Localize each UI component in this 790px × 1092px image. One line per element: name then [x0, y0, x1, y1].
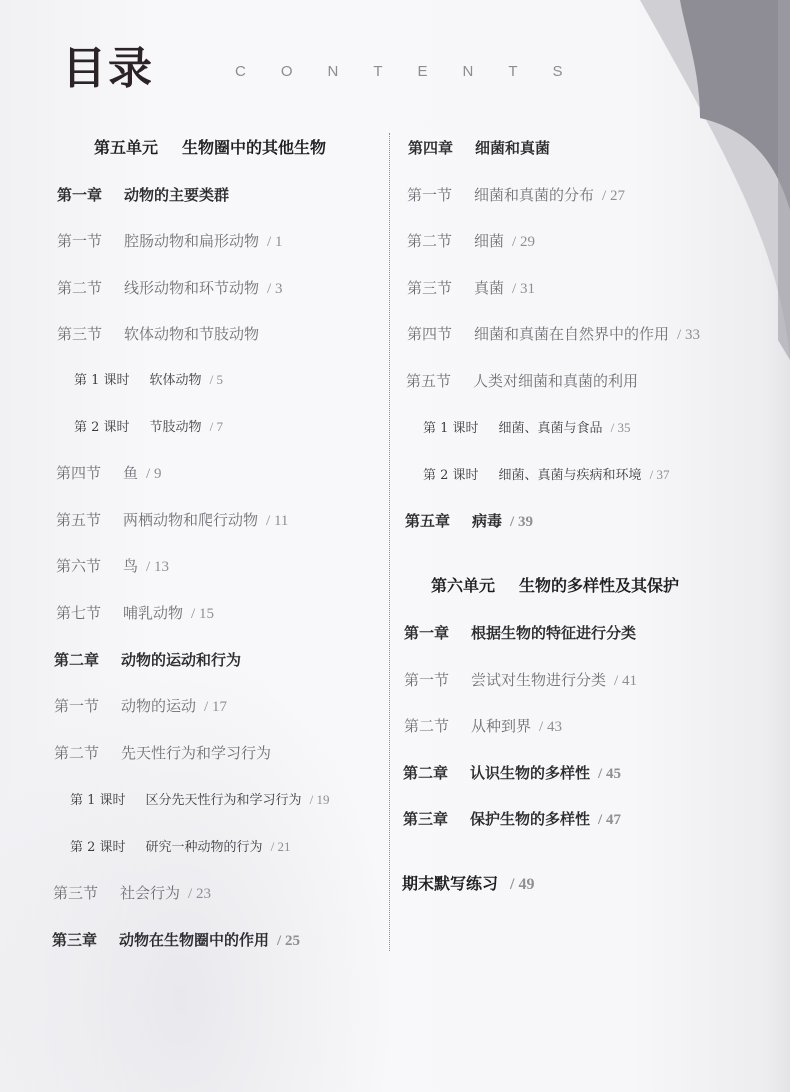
toc-unit-5[interactable]: 第五单元生物圈中的其他生物	[94, 138, 326, 158]
toc-prefix: 第五单元	[94, 138, 158, 158]
toc-chapter[interactable]: 第三章动物在生物圈中的作用25	[52, 930, 300, 951]
toc-section[interactable]: 第一节腔肠动物和扁形动物1	[57, 231, 282, 252]
toc-prefix: 第一章	[404, 623, 449, 643]
toc-prefix: 第一节	[407, 185, 452, 205]
toc-section[interactable]: 第一节尝试对生物进行分类41	[404, 670, 637, 691]
toc-title: 软体动物	[150, 373, 202, 388]
toc-prefix: 第三节	[57, 324, 102, 344]
toc-title: 细菌	[474, 232, 504, 250]
toc-title: 真菌	[474, 279, 504, 297]
toc-section[interactable]: 第二节线形动物和环节动物3	[57, 278, 282, 299]
toc-title: 动物的主要类群	[124, 186, 229, 204]
toc-prefix: 第 1 课时	[70, 791, 126, 811]
toc-prefix: 第二章	[403, 763, 448, 783]
toc-section[interactable]: 第四节细菌和真菌在自然界中的作用33	[407, 324, 700, 345]
toc-section[interactable]: 第五节两栖动物和爬行动物11	[56, 510, 288, 531]
toc-prefix: 第 1 课时	[74, 371, 130, 391]
toc-page-number: 39	[510, 514, 533, 530]
toc-page-number: 21	[271, 839, 291, 854]
toc-page-number: 19	[310, 792, 330, 807]
toc-prefix: 第三章	[52, 930, 97, 950]
toc-prefix: 第三节	[53, 883, 98, 903]
toc-title: 先天性行为和学习行为	[121, 744, 271, 762]
toc-unit-6[interactable]: 第六单元生物的多样性及其保护	[431, 576, 679, 596]
toc-lesson[interactable]: 第 1 课时软体动物5	[74, 370, 223, 391]
toc-page-number: 33	[677, 327, 700, 343]
toc-prefix: 第四节	[56, 463, 101, 483]
toc-page-number: 45	[598, 766, 621, 782]
toc-title: 鱼	[123, 464, 138, 482]
toc-page-number: 3	[267, 281, 282, 297]
toc-prefix: 第一章	[57, 185, 102, 205]
toc-title: 细菌和真菌的分布	[474, 186, 594, 204]
page-title: 目录	[62, 44, 154, 94]
toc-prefix: 第 2 课时	[70, 838, 126, 858]
toc-prefix: 第五章	[405, 511, 450, 531]
toc-prefix: 第四节	[407, 324, 452, 344]
toc-page-number: 27	[602, 188, 625, 204]
toc-prefix: 第六节	[56, 556, 101, 576]
toc-section[interactable]: 第一节动物的运动17	[54, 696, 227, 717]
toc-section[interactable]: 第二节从种到界43	[404, 716, 562, 737]
toc-title: 鸟	[123, 557, 138, 575]
toc-title: 腔肠动物和扁形动物	[124, 232, 259, 250]
toc-section[interactable]: 第五节人类对细菌和真菌的利用	[406, 371, 638, 391]
toc-prefix: 第一节	[54, 696, 99, 716]
toc-title: 生物圈中的其他生物	[182, 138, 326, 157]
toc-prefix: 第一节	[57, 231, 102, 251]
toc-page-number: 41	[614, 673, 637, 689]
toc-section[interactable]: 第一节细菌和真菌的分布27	[407, 185, 625, 206]
toc-lesson[interactable]: 第 1 课时细菌、真菌与食品35	[423, 418, 630, 439]
toc-lesson[interactable]: 第 2 课时细菌、真菌与疾病和环境37	[423, 465, 669, 486]
toc-title: 动物的运动	[121, 697, 196, 715]
toc-title: 软体动物和节肢动物	[124, 325, 259, 343]
toc-page-number: 25	[277, 933, 300, 949]
toc-title: 保护生物的多样性	[470, 810, 590, 828]
toc-title: 病毒	[472, 512, 502, 530]
toc-title: 社会行为	[120, 884, 180, 902]
toc-page-number: 15	[191, 606, 214, 622]
toc-page-number: 31	[512, 281, 535, 297]
toc-prefix: 第 2 课时	[74, 418, 130, 438]
toc-lesson[interactable]: 第 1 课时区分先天性行为和学习行为19	[70, 790, 329, 811]
toc-title: 动物在生物圈中的作用	[119, 931, 269, 949]
toc-title: 从种到界	[471, 717, 531, 735]
toc-title: 细菌、真菌与疾病和环境	[499, 468, 642, 483]
toc-page-number: 7	[210, 419, 223, 434]
toc-section[interactable]: 第二节先天性行为和学习行为	[54, 743, 271, 763]
toc-prefix: 第五节	[56, 510, 101, 530]
page-curl-corner-decoration	[590, 0, 790, 360]
toc-page-number: 29	[512, 234, 535, 250]
toc-title: 哺乳动物	[123, 604, 183, 622]
toc-page-number: 43	[539, 719, 562, 735]
toc-page-number: 5	[210, 372, 223, 387]
toc-section[interactable]: 第七节哺乳动物15	[56, 603, 214, 624]
toc-title: 尝试对生物进行分类	[471, 671, 606, 689]
toc-prefix: 期末默写练习	[402, 874, 498, 894]
toc-section[interactable]: 第三节真菌31	[407, 278, 535, 299]
toc-prefix: 第 2 课时	[423, 466, 479, 486]
toc-title: 线形动物和环节动物	[124, 279, 259, 297]
toc-page-number: 49	[510, 876, 534, 893]
toc-prefix: 第二节	[57, 278, 102, 298]
toc-prefix: 第二节	[407, 231, 452, 251]
toc-chapter[interactable]: 第五章病毒39	[405, 511, 533, 532]
toc-chapter[interactable]: 第四章细菌和真菌	[408, 138, 550, 158]
toc-title: 细菌、真菌与食品	[499, 421, 603, 436]
toc-title: 细菌和真菌在自然界中的作用	[474, 325, 669, 343]
toc-title: 认识生物的多样性	[470, 764, 590, 782]
toc-prefix: 第 1 课时	[423, 419, 479, 439]
toc-lesson[interactable]: 第 2 课时节肢动物7	[74, 417, 223, 438]
toc-page-number: 13	[146, 559, 169, 575]
toc-prefix: 第二节	[404, 716, 449, 736]
toc-page-number: 11	[266, 513, 288, 529]
toc-section[interactable]: 第六节鸟13	[56, 556, 169, 577]
toc-page-number: 47	[598, 812, 621, 828]
toc-title: 细菌和真菌	[475, 139, 550, 157]
toc-page-number: 37	[650, 467, 670, 482]
toc-prefix: 第三章	[403, 809, 448, 829]
toc-final-review[interactable]: 期末默写练习49	[402, 874, 534, 895]
toc-prefix: 第一节	[404, 670, 449, 690]
toc-prefix: 第五节	[406, 371, 451, 391]
toc-page-number: 23	[188, 886, 211, 902]
toc-chapter[interactable]: 第一章动物的主要类群	[57, 185, 229, 205]
toc-page-number: 35	[611, 420, 631, 435]
toc-prefix: 第六单元	[431, 576, 495, 596]
toc-title: 根据生物的特征进行分类	[471, 624, 636, 642]
toc-title: 生物的多样性及其保护	[519, 576, 679, 595]
toc-chapter[interactable]: 第二章动物的运动和行为	[54, 650, 241, 670]
toc-title: 动物的运动和行为	[121, 651, 241, 669]
toc-chapter[interactable]: 第二章认识生物的多样性45	[403, 763, 621, 784]
toc-chapter[interactable]: 第三章保护生物的多样性47	[403, 809, 621, 830]
toc-prefix: 第四章	[408, 138, 453, 158]
toc-section[interactable]: 第四节鱼9	[56, 463, 161, 484]
toc-section[interactable]: 第三节软体动物和节肢动物	[57, 324, 259, 344]
toc-lesson[interactable]: 第 2 课时研究一种动物的行为21	[70, 837, 290, 858]
toc-prefix: 第七节	[56, 603, 101, 623]
toc-prefix: 第二章	[54, 650, 99, 670]
column-divider	[389, 133, 390, 951]
toc-title: 节肢动物	[150, 420, 202, 435]
toc-page-number: 1	[267, 234, 282, 250]
toc-title: 人类对细菌和真菌的利用	[473, 372, 638, 390]
toc-section[interactable]: 第二节细菌29	[407, 231, 535, 252]
toc-title: 区分先天性行为和学习行为	[146, 793, 302, 808]
toc-prefix: 第三节	[407, 278, 452, 298]
toc-title: 两栖动物和爬行动物	[123, 511, 258, 529]
toc-page-number: 9	[146, 466, 161, 482]
toc-prefix: 第二节	[54, 743, 99, 763]
toc-section[interactable]: 第三节社会行为23	[53, 883, 211, 904]
toc-chapter[interactable]: 第一章根据生物的特征进行分类	[404, 623, 636, 643]
toc-title: 研究一种动物的行为	[146, 840, 263, 855]
toc-page-number: 17	[204, 699, 227, 715]
page-subtitle: CONTENTS	[235, 62, 598, 82]
